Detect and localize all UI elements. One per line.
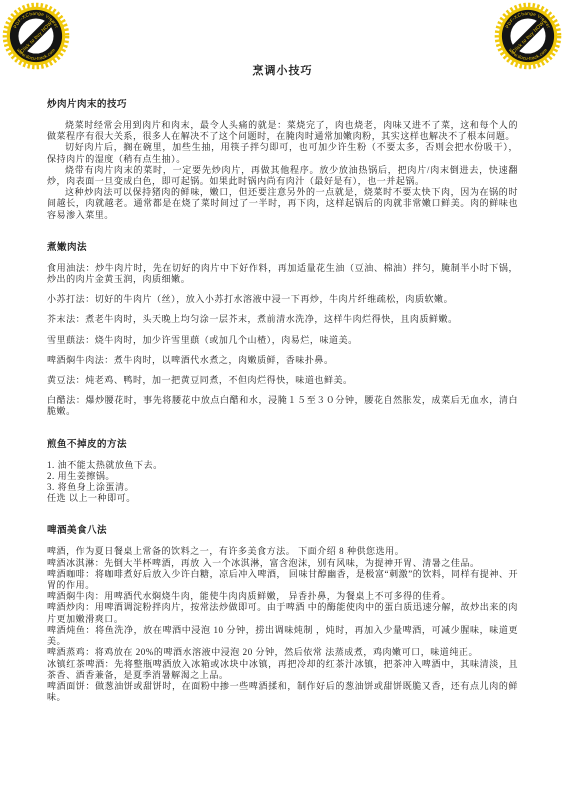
section-4: 啤酒美食八法啤酒，作为夏日餐桌上常备的饮料之一，有许多美食方法。 下面介绍 8 … [47, 522, 518, 703]
paragraph: 白醋法：爆炒腰花时，事先将腰花中放点白醋和水，浸腌１５至３０分钟，腰花自然胀发，… [47, 395, 518, 417]
document-sections: 炒肉片肉末的技巧烧菜时经常会用到肉片和肉末，最令人头痛的就是：菜烧完了，肉也烧老… [0, 96, 565, 703]
section-heading: 煮嫩肉法 [47, 239, 518, 253]
no-sign-gear-icon: PDF-XChange Viewerwww.docu-track.comClic… [0, 0, 72, 72]
section-body: 烧菜时经常会用到肉片和肉末，最令人头痛的就是：菜烧完了，肉也烧老，肉味又进不了菜… [47, 120, 518, 221]
paragraph: 3. 将鱼身上涂蛋清。 [47, 482, 518, 493]
paragraph: 啤酒面饼：做葱油饼或甜饼时，在面粉中掺一些啤酒揉和，制作好后的葱油饼或甜饼既脆又… [47, 681, 518, 703]
paragraph: 任选 以上一种即可。 [47, 493, 518, 504]
paragraph: 啤酒冰淇淋：先倒大半杯啤酒，再放 入一个冰淇淋，富含泡沫，别有风味，为提神开胃、… [47, 558, 518, 569]
section-body: 1. 油不能太热就放鱼下去。2. 用生姜擦锅。3. 将鱼身上涂蛋清。任选 以上一… [47, 460, 518, 505]
paragraph: 烧带有肉片肉末的菜时，一定要先炒肉片，再做其他程序。放少放油热锅后，把肉片/肉末… [47, 165, 518, 187]
paragraph: 雪里蕻法：烧牛肉时，加少许雪里蕻（或加几个山楂），肉易烂，味道美。 [47, 335, 518, 346]
paragraph: 2. 用生姜擦锅。 [47, 471, 518, 482]
section-body: 食用油法：炒牛肉片时，先在切好的肉片中下好作料，再加适量花生油（豆油、棉油）拌匀… [47, 263, 518, 418]
section-body: 啤酒，作为夏日餐桌上常备的饮料之一，有许多美食方法。 下面介绍 8 种供您选用。… [47, 546, 518, 703]
paragraph: 食用油法：炒牛肉片时，先在切好的肉片中下好作料，再加适量花生油（豆油、棉油）拌匀… [47, 263, 518, 285]
section-heading: 炒肉片肉末的技巧 [47, 96, 518, 110]
paragraph: 啤酒炖鱼：将鱼洗净，放在啤酒中浸泡 10 分钟，捞出调味炖制 ，炖时，再加入少量… [47, 625, 518, 647]
paragraph: 啤酒蒸鸡：将鸡放在 20%的啤酒水溶液中浸泡 20 分钟，然后依常 法蒸成煮，鸡… [47, 647, 518, 658]
paragraph: 1. 油不能太热就放鱼下去。 [47, 460, 518, 471]
section-3: 煎鱼不掉皮的方法1. 油不能太热就放鱼下去。2. 用生姜擦锅。3. 将鱼身上涂蛋… [47, 436, 518, 505]
paragraph: 啤酒，作为夏日餐桌上常备的饮料之一，有许多美食方法。 下面介绍 8 种供您选用。 [47, 546, 518, 557]
paragraph: 啤酒炒肉：用啤酒调淀粉拌肉片，按常法炒做即可。由于啤酒 中的酶能使肉中的蛋白质迅… [47, 602, 518, 624]
section-1: 炒肉片肉末的技巧烧菜时经常会用到肉片和肉末，最令人头痛的就是：菜烧完了，肉也烧老… [47, 96, 518, 221]
paragraph: 小苏打法：切好的牛肉片（丝），放入小苏打水溶液中浸一下再炒，牛肉片纤维疏松，肉质… [47, 294, 518, 305]
paragraph: 这种炒肉法可以保持猪肉的鲜味，嫩口，但还要注意另外的一点就是，烧菜时不要太快下肉… [47, 187, 518, 221]
paragraph: 芥末法：煮老牛肉时，头天晚上均匀涂一层芥末，煮前清水洗净，这样牛肉烂得快，且肉质… [47, 314, 518, 325]
paragraph: 啤酒焖牛肉：用啤酒代水焖烧牛肉，能使牛肉肉质鲜嫩， 异香扑鼻，为餐桌上不可多得的… [47, 591, 518, 602]
pdf-xchange-watermark-stamp[interactable]: PDF-XChange Viewerwww.docu-track.comClic… [492, 0, 564, 72]
no-sign-gear-icon: PDF-XChange Viewerwww.docu-track.comClic… [492, 0, 564, 72]
section-2: 煮嫩肉法食用油法：炒牛肉片时，先在切好的肉片中下好作料，再加适量花生油（豆油、棉… [47, 239, 518, 418]
paragraph: 烧菜时经常会用到肉片和肉末，最令人头痛的就是：菜烧完了，肉也烧老，肉味又进不了菜… [47, 120, 518, 142]
page-title: 烹调小技巧 [0, 0, 565, 78]
paragraph: 啤酒焖牛肉法：煮牛肉时，以啤酒代水煮之，肉嫩质鲜，香味扑鼻。 [47, 355, 518, 366]
paragraph: 冰镇红茶啤酒：先将整瓶啤酒放入冰箱或冰块中冰镇，再把冷却的红茶汁冰镇，把茶冲入啤… [47, 659, 518, 681]
section-heading: 啤酒美食八法 [47, 522, 518, 536]
paragraph: 啤酒咖啡：将咖啡煮好后放入少许白糖，凉后冲入啤酒， 回味甘醇幽香，是极富“刺激”… [47, 569, 518, 591]
section-heading: 煎鱼不掉皮的方法 [47, 436, 518, 450]
paragraph: 切好肉片后，搁在碗里，加些生抽，用筷子拌匀即可，也可加少许生粉（不要太多，否则会… [47, 142, 518, 164]
paragraph: 黄豆法：炖老鸡、鸭时，加一把黄豆同煮，不但肉烂得快，味道也鲜美。 [47, 375, 518, 386]
pdf-xchange-watermark-stamp[interactable]: PDF-XChange Viewerwww.docu-track.comClic… [0, 0, 72, 72]
